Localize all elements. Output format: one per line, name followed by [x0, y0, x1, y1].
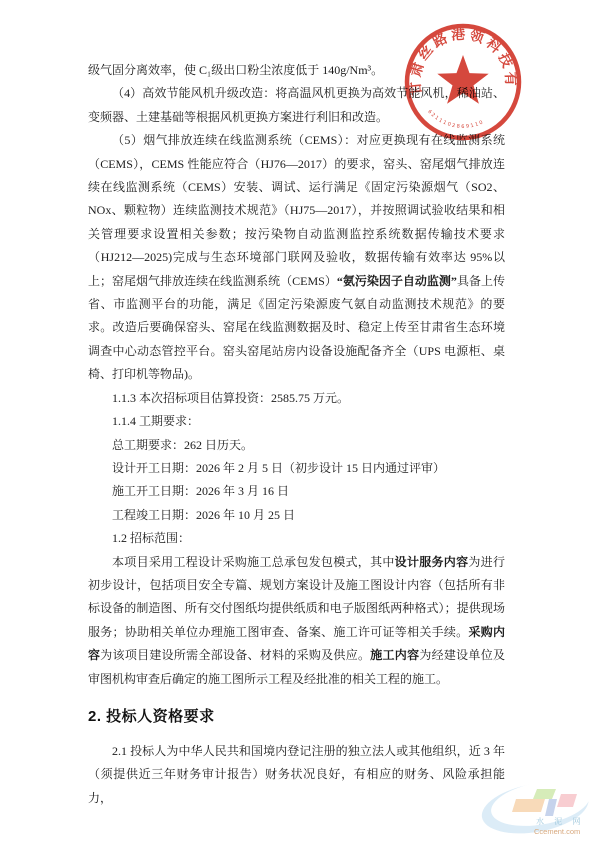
paragraph: 1.1.3 本次招标项目估算投资：2585.75 万元。 [88, 387, 505, 410]
text-run: 本项目采用工程设计采购施工总承包发包模式，其中 [112, 555, 395, 569]
section-heading: 2. 投标人资格要求 [88, 704, 505, 730]
bold-run: 施工内容 [370, 648, 419, 662]
paragraph: 施工开工日期：2026 年 3 月 16 日 [88, 480, 505, 503]
text-run: 1.1.3 本次招标项目估算投资：2585.75 万元。 [112, 391, 349, 405]
text-run: 总工期要求：262 日历天。 [112, 438, 253, 452]
text-run: 1.1.4 工期要求： [112, 414, 199, 428]
text-run: 设计开工日期：2026 年 2 月 5 日（初步设计 15 日内通过评审） [112, 461, 445, 475]
paragraph: 2.1 投标人为中华人民共和国境内登记注册的独立法人或其他组织，近 3 年（须提… [88, 740, 505, 810]
text-run: 级气固分离效率，使 C₁级出口粉尘浓度低于 140g/Nm³。 [88, 63, 383, 77]
logo-site-domain: Ccement.com [534, 827, 580, 836]
company-seal: 甘肃丝路港领科技有限公司 6211102869110 [402, 21, 524, 143]
paragraph: 总工期要求：262 日历天。 [88, 434, 505, 457]
text-run: 工程竣工日期：2026 年 10 月 25 日 [112, 508, 295, 522]
paragraph: 1.1.4 工期要求： [88, 410, 505, 433]
seal-star-icon [437, 55, 488, 104]
paragraph: 本项目采用工程设计采购施工总承包发包模式，其中设计服务内容为进行初步设计，包括项… [88, 551, 505, 691]
paragraph: 设计开工日期：2026 年 2 月 5 日（初步设计 15 日内通过评审） [88, 457, 505, 480]
text-run: 为该项目建设所需全部设备、材料的采购及供应。 [100, 648, 370, 662]
text-run: 具备上传省、市监测平台的功能，满足《固定污染源废气氨自动监测技术规范》的要求。改… [88, 274, 505, 382]
text-run: （5）烟气排放连续在线监测系统（CEMS）：对应更换现有在线监测系统（CEMS）… [88, 133, 505, 287]
text-run: 2.1 投标人为中华人民共和国境内登记注册的独立法人或其他组织，近 3 年（须提… [88, 744, 505, 805]
text-run: 施工开工日期：2026 年 3 月 16 日 [112, 484, 289, 498]
bold-run: “氨污染因子自动监测” [337, 274, 457, 288]
seal-serial-number: 6211102869110 [426, 109, 485, 130]
paragraph: 1.2 招标范围： [88, 527, 505, 550]
logo-tile-orange [512, 799, 545, 812]
logo-site-name: 水 泥 网 [536, 816, 584, 826]
text-run: 1.2 招标范围： [112, 531, 190, 545]
svg-text:6211102869110: 6211102869110 [426, 109, 485, 130]
logo-tile-green [533, 789, 556, 799]
paragraph: （5）烟气排放连续在线监测系统（CEMS）：对应更换现有在线监测系统（CEMS）… [88, 129, 505, 386]
document-body: 级气固分离效率，使 C₁级出口粉尘浓度低于 140g/Nm³。（4）高效节能风机… [88, 59, 505, 810]
bold-run: 设计服务内容 [395, 555, 469, 569]
paragraph: 工程竣工日期：2026 年 10 月 25 日 [88, 504, 505, 527]
